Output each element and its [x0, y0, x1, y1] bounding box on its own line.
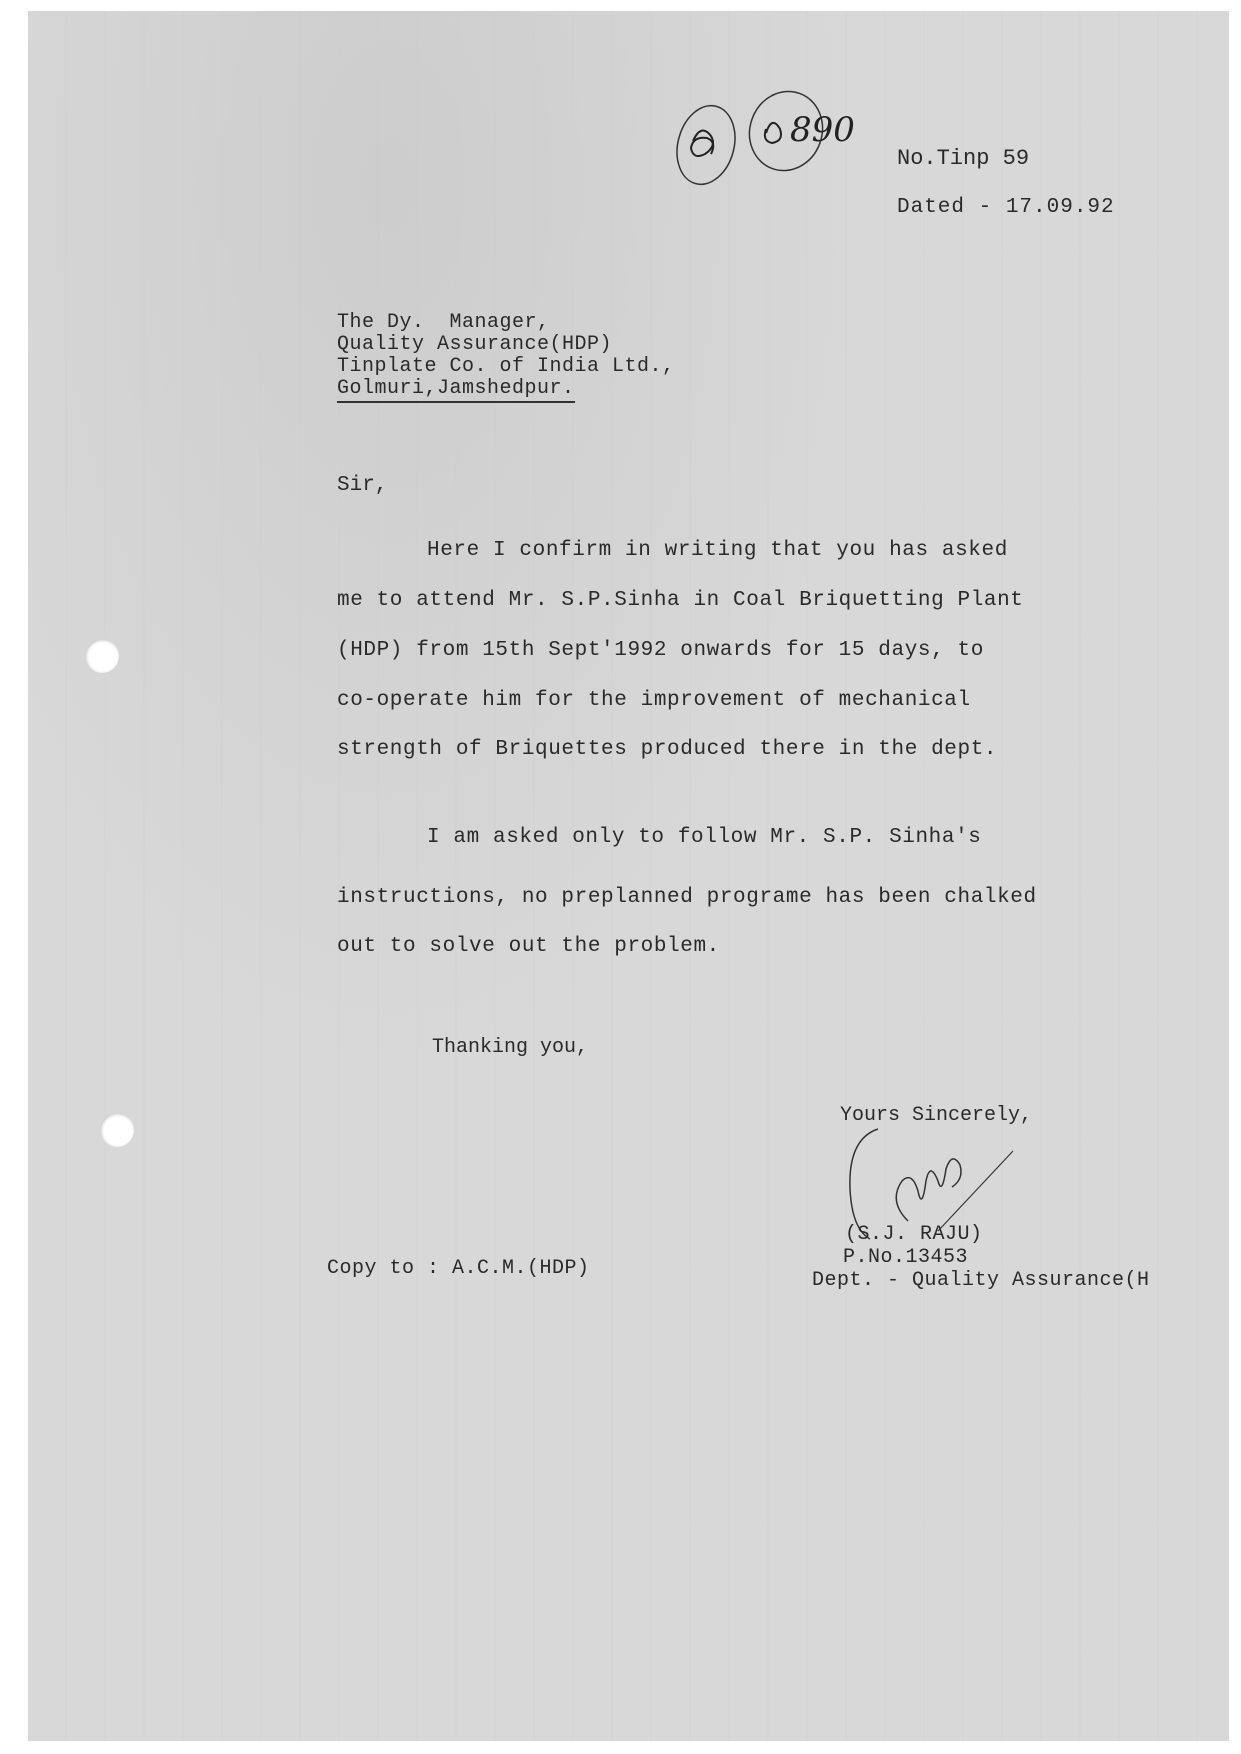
- signatory-department: Dept. - Quality Assurance(H: [812, 1270, 1150, 1292]
- handwritten-circled-numbers: 890: [668, 81, 868, 201]
- salutation: Sir,: [337, 474, 387, 498]
- paragraph-line: strength of Briquettes produced there in…: [337, 738, 997, 762]
- closing-thanks: Thanking you,: [432, 1036, 588, 1060]
- signatory-name: (S.J. RAJU): [845, 1224, 983, 1246]
- paragraph-line: I am asked only to follow Mr. S.P. Sinha…: [427, 826, 982, 850]
- punch-hole-lower: [100, 1113, 134, 1147]
- address-line: Quality Assurance(HDP): [337, 334, 612, 356]
- paragraph-line: me to attend Mr. S.P.Sinha in Coal Briqu…: [337, 589, 1024, 613]
- copy-to: Copy to : A.C.M.(HDP): [327, 1258, 590, 1280]
- paragraph-line: (HDP) from 15th Sept'1992 onwards for 15…: [337, 639, 984, 663]
- paragraph-line: out to solve out the problem.: [337, 935, 720, 959]
- paragraph-line: instructions, no preplanned programe has…: [337, 886, 1037, 910]
- punch-hole-upper: [85, 639, 119, 673]
- paragraph-line: Here I confirm in writing that you has a…: [427, 539, 1008, 563]
- paragraph-line: co-operate him for the improvement of me…: [337, 689, 971, 713]
- address-line: Tinplate Co. of India Ltd.,: [337, 356, 675, 378]
- signatory-personnel-number: P.No.13453: [843, 1247, 968, 1269]
- scanned-letter-page: 890 No.Tinp 59 Dated - 17.09.92 The Dy. …: [28, 11, 1229, 1741]
- reference-number: No.Tinp 59: [897, 147, 1029, 171]
- letter-date: Dated - 17.09.92: [897, 196, 1115, 220]
- svg-text:890: 890: [790, 110, 855, 150]
- address-line: The Dy. Manager,: [337, 312, 550, 334]
- address-line: Golmuri,Jamshedpur.: [337, 378, 575, 403]
